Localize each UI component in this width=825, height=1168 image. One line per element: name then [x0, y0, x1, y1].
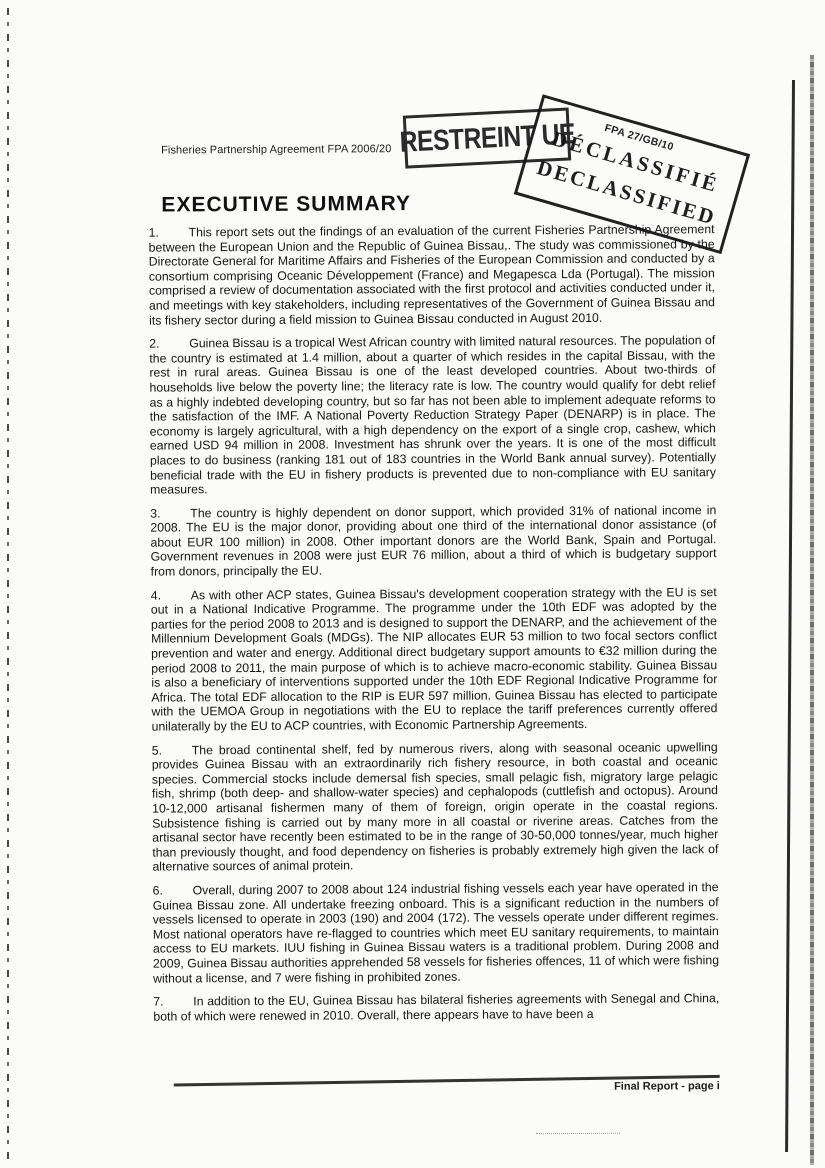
paragraph-text: The broad continental shelf, fed by nume…: [152, 740, 719, 874]
paragraph-text: The country is highly dependent on donor…: [150, 503, 716, 579]
page-container: Fisheries Partnership Agreement FPA 2006…: [0, 0, 825, 1168]
paragraph: 3.The country is highly dependent on don…: [150, 503, 716, 579]
paragraph: 6.Overall, during 2007 to 2008 about 124…: [153, 880, 720, 986]
paragraph-text: Guinea Bissau is a tropical West African…: [149, 333, 716, 496]
document-reference: Fisheries Partnership Agreement FPA 2006…: [161, 143, 391, 156]
paragraph-number: 6.: [153, 883, 193, 898]
scan-artifact: [536, 1132, 620, 1135]
paragraph-number: 4.: [151, 588, 191, 603]
paragraph: 4.As with other ACP states, Guinea Bissa…: [151, 585, 718, 734]
paragraph-number: 1.: [149, 225, 189, 240]
paragraph-number: 7.: [153, 994, 193, 1009]
executive-summary-body: 1.This report sets out the findings of a…: [149, 222, 720, 1033]
page-title: EXECUTIVE SUMMARY: [161, 192, 411, 218]
scan-edge-left: [7, 8, 9, 1163]
paragraph-text: This report sets out the findings of an …: [149, 222, 715, 327]
paragraph-text: As with other ACP states, Guinea Bissau'…: [151, 585, 718, 734]
paragraph-number: 3.: [150, 506, 190, 521]
paragraph-text: Overall, during 2007 to 2008 about 124 i…: [153, 880, 719, 985]
paragraph: 2.Guinea Bissau is a tropical West Afric…: [149, 333, 716, 497]
paragraph: 5.The broad continental shelf, fed by nu…: [152, 740, 719, 875]
scan-edge-right-outer: [810, 55, 814, 1165]
paragraph: 7.In addition to the EU, Guinea Bissau h…: [153, 991, 719, 1024]
paragraph-number: 5.: [152, 743, 192, 758]
paragraph: 1.This report sets out the findings of a…: [149, 222, 716, 328]
paragraph-number: 2.: [149, 337, 189, 352]
paragraph-text: In addition to the EU, Guinea Bissau has…: [153, 991, 719, 1023]
footer-page-label: Final Report - page i: [602, 1080, 720, 1093]
